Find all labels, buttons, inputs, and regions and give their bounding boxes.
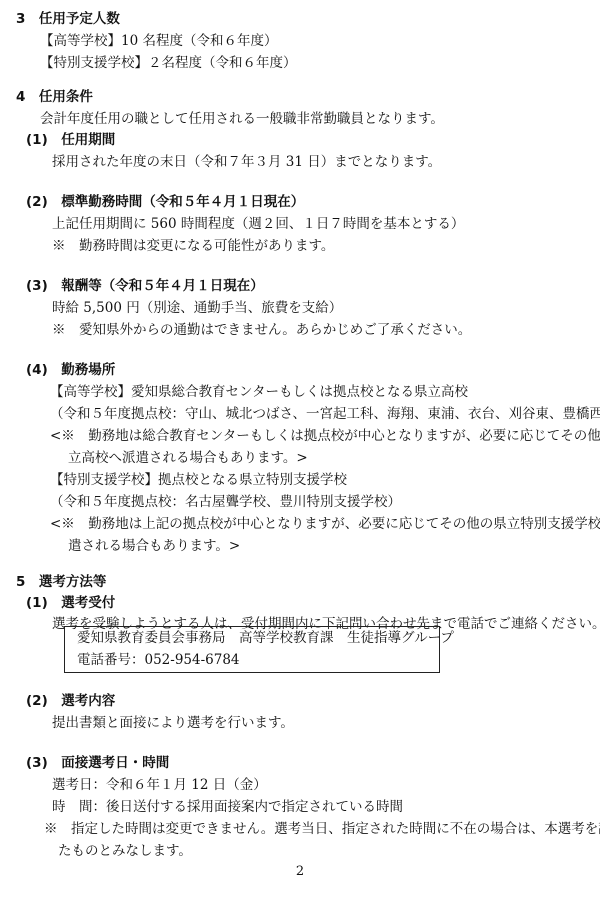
- contact-phone: 電話番号：052-954-6784: [77, 651, 240, 669]
- note-line: <※ 勤務地は総合教育センターもしくは拠点校が中心となりますが、必要に応じてその…: [50, 427, 600, 445]
- note-line: たものとみなします。: [58, 842, 192, 860]
- body-line: 時給 5,500 円（別途、通勤手当、旅費を支給）: [52, 299, 342, 317]
- body-line: 時 間：後日送付する採用面接案内で指定されている時間: [52, 798, 403, 816]
- body-line: 採用された年度の末日（令和７年３月 31 日）までとなります。: [52, 153, 441, 171]
- note-line: 遣される場合もあります。>: [68, 537, 240, 555]
- subsection-heading: (4) 勤務場所: [26, 361, 115, 379]
- subsection-heading: (2) 選考内容: [26, 692, 115, 710]
- subsection-heading: (1) 選考受付: [26, 594, 115, 612]
- body-line: 選考日：令和６年１月 12 日（金）: [52, 776, 267, 794]
- body-line: （令和５年度拠点校：名古屋聾学校、豊川特別支援学校）: [50, 493, 401, 511]
- subsection-heading: (3) 面接選考日・時間: [26, 754, 169, 772]
- note-line: ※ 勤務時間は変更になる可能性があります。: [52, 237, 334, 255]
- subsection-heading: (3) 報酬等（令和５年４月１日現在）: [26, 277, 264, 295]
- body-line: 提出書類と面接により選考を行います。: [52, 714, 294, 732]
- body-line: 【特別支援学校】拠点校となる県立特別支援学校: [50, 471, 347, 489]
- contact-office: 愛知県教育委員会事務局 高等学校教育課 生徒指導グループ: [77, 629, 454, 647]
- page-number: 2: [0, 864, 600, 879]
- body-line: 【高等学校】愛知県総合教育センターもしくは拠点校となる県立高校: [50, 383, 468, 401]
- section-3-item: 【高等学校】10 名程度（令和６年度）: [40, 32, 277, 50]
- subsection-heading: (1) 任用期間: [26, 131, 115, 149]
- note-line: <※ 勤務地は上記の拠点校が中心となりますが、必要に応じてその他の県立特別支援学…: [50, 515, 600, 533]
- section-5-heading: 5 選考方法等: [16, 573, 106, 591]
- body-line: 上記任用期間に 560 時間程度（週２回、１日７時間を基本とする）: [52, 215, 464, 233]
- section-4-intro: 会計年度任用の職として任用される一般職非常勤職員となります。: [40, 110, 444, 128]
- note-line: 立高校へ派遣される場合もあります。>: [68, 449, 308, 467]
- section-3-item: 【特別支援学校】２名程度（令和６年度）: [40, 54, 297, 72]
- subsection-heading: (2) 標準勤務時間（令和５年４月１日現在）: [26, 193, 304, 211]
- section-4-heading: 4 任用条件: [16, 88, 93, 106]
- note-line: ※ 指定した時間は変更できません。選考当日、指定された時間に不在の場合は、本選考…: [44, 820, 600, 838]
- note-line: ※ 愛知県外からの通勤はできません。あらかじめご了承ください。: [52, 321, 471, 339]
- section-3-heading: 3 任用予定人数: [16, 10, 120, 28]
- contact-box: 愛知県教育委員会事務局 高等学校教育課 生徒指導グループ 電話番号：052-95…: [64, 626, 440, 673]
- body-line: （令和５年度拠点校：守山、城北つばさ、一宮起工科、海翔、東浦、衣台、刈谷東、豊橋…: [50, 405, 600, 423]
